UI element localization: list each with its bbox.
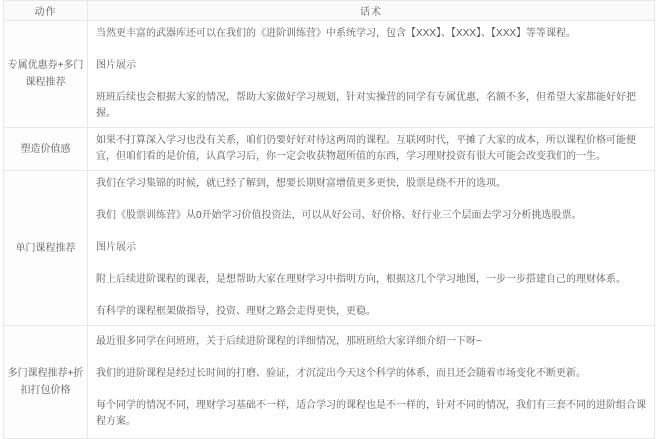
script-paragraph: 图片展示 (96, 58, 648, 74)
action-label: 塑造价值感 (21, 144, 71, 155)
script-cell: 我们在学习集锦的时候，就已经了解到，想要长期财富增值更多更快，股票是绕不开的选项… (88, 171, 655, 326)
script-paragraph: 我们在学习集锦的时候，就已经了解到，想要长期财富增值更多更快，股票是绕不开的选项… (96, 176, 648, 192)
action-cell: 多门课程推荐+折扣打包价格 (4, 326, 88, 439)
table-row: 塑造价值感 如果不打算深入学习也没有关系，咱们仍要好好对待这两周的课程。互联网时… (4, 128, 655, 171)
script-cell: 如果不打算深入学习也没有关系，咱们仍要好好对待这两周的课程。互联网时代，平摊了大… (88, 128, 655, 171)
script-paragraph: 我们的进阶课程是经过长时间的打磨、验证，才沉淀出今天这个科学的体系，而且还会随着… (96, 366, 648, 382)
header-row: 动作 话术 (4, 1, 655, 21)
action-label: 多门课程推荐+折扣打包价格 (8, 368, 84, 396)
script-paragraph: 每个同学的情况不同，理财学习基础不一样，适合学习的课程也是不一样的，针对不同的情… (96, 398, 648, 430)
table-row: 单门课程推荐 我们在学习集锦的时候，就已经了解到，想要长期财富增值更多更快，股票… (4, 171, 655, 326)
script-paragraph: 当然更丰富的武器库还可以在我们的《进阶训练营》中系统学习，包含【XXX】、【XX… (96, 26, 648, 42)
script-column-header: 话术 (88, 1, 655, 21)
script-paragraph: 班班后续也会根据大家的情况，帮助大家做好学习规划，针对实操营的同学有专属优惠，名… (96, 90, 648, 122)
action-column-header: 动作 (4, 1, 88, 21)
script-paragraph: 有科学的课程框架做指导，投资、理财之路会走得更快，更稳。 (96, 304, 648, 320)
action-cell: 专属优惠券+多门课程推荐 (4, 21, 88, 128)
script-paragraph: 附上后续进阶课程的课表，是想帮助大家在理财学习中指明方向，根据这几个学习地图，一… (96, 272, 648, 288)
script-table-container: 动作 话术 专属优惠券+多门课程推荐 当然更丰富的武器库还可以在我们的《进阶训练… (0, 0, 660, 439)
script-paragraph: 图片展示 (96, 240, 648, 256)
action-label: 专属优惠券+多门课程推荐 (8, 60, 84, 88)
script-paragraph: 最近很多同学在问班班，关于后续进阶课程的详细情况，那班班给大家详细介绍一下呀~ (96, 334, 648, 350)
table-row: 多门课程推荐+折扣打包价格 最近很多同学在问班班，关于后续进阶课程的详细情况，那… (4, 326, 655, 439)
script-cell: 当然更丰富的武器库还可以在我们的《进阶训练营》中系统学习，包含【XXX】、【XX… (88, 21, 655, 128)
action-cell: 塑造价值感 (4, 128, 88, 171)
action-cell: 单门课程推荐 (4, 171, 88, 326)
table-row: 专属优惠券+多门课程推荐 当然更丰富的武器库还可以在我们的《进阶训练营》中系统学… (4, 21, 655, 128)
script-cell: 最近很多同学在问班班，关于后续进阶课程的详细情况，那班班给大家详细介绍一下呀~ … (88, 326, 655, 439)
table-body: 专属优惠券+多门课程推荐 当然更丰富的武器库还可以在我们的《进阶训练营》中系统学… (4, 21, 655, 439)
script-paragraph: 我们《股票训练营》从0开始学习价值投资法，可以从好公司、好价格、好行业三个层面去… (96, 208, 648, 224)
script-table: 动作 话术 专属优惠券+多门课程推荐 当然更丰富的武器库还可以在我们的《进阶训练… (3, 0, 655, 439)
script-paragraph: 如果不打算深入学习也没有关系，咱们仍要好好对待这两周的课程。互联网时代，平摊了大… (96, 133, 648, 165)
action-label: 单门课程推荐 (16, 243, 76, 254)
